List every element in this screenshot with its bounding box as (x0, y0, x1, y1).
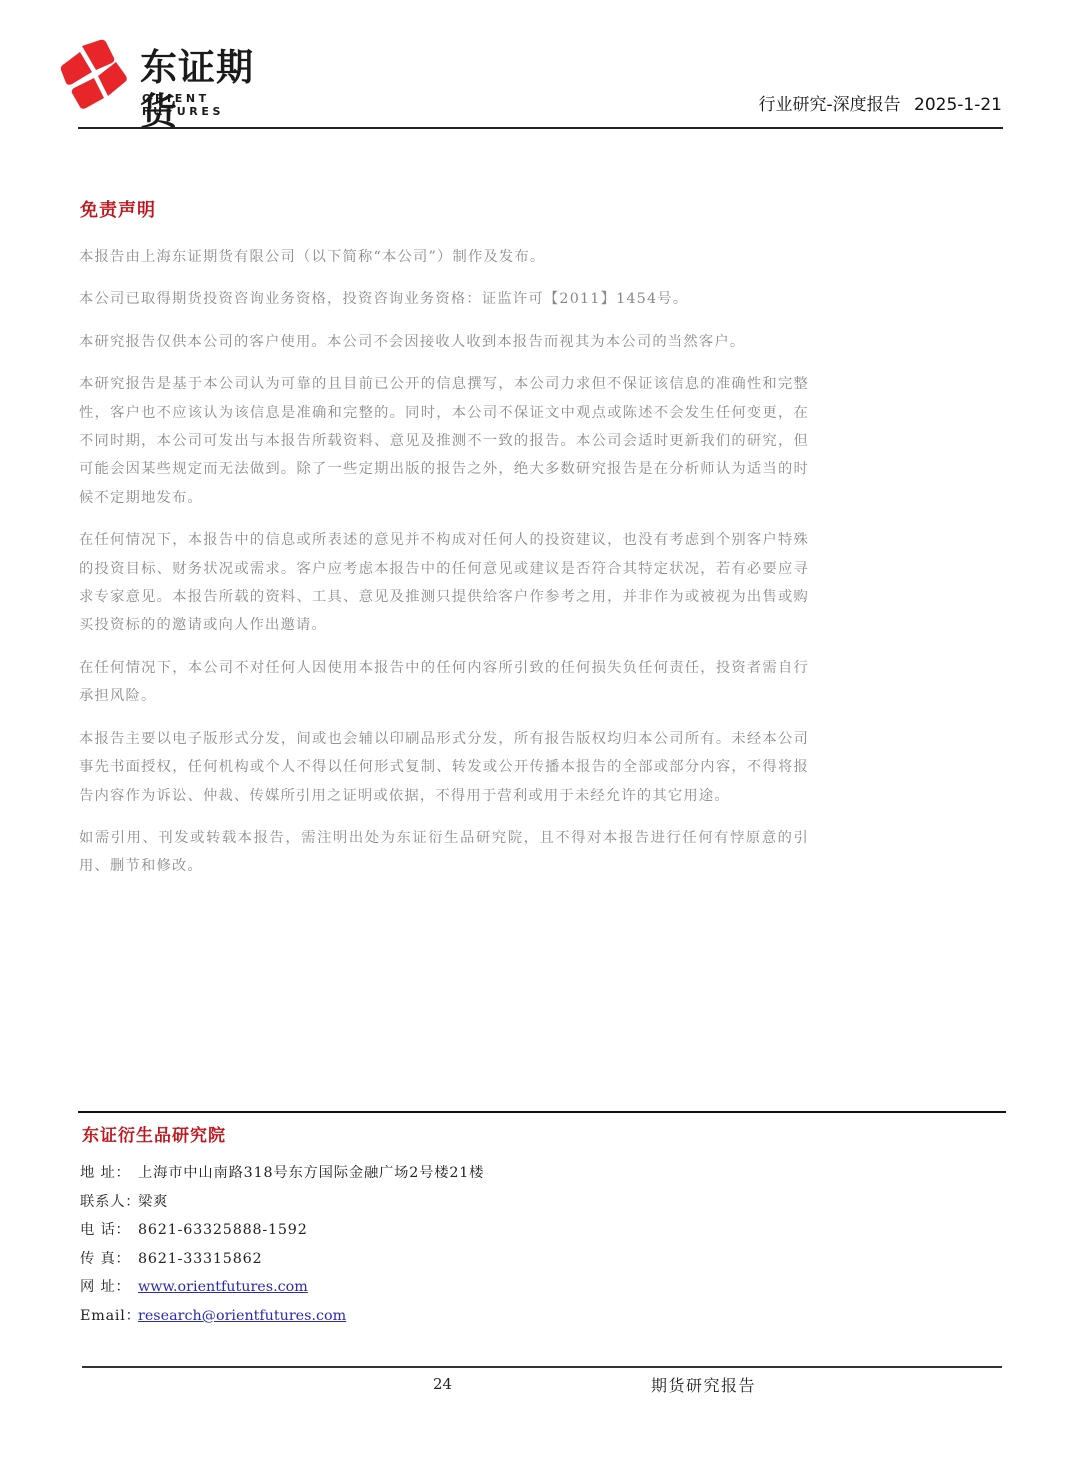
report-meta: 行业研究-深度报告 2025-1-21 (758, 90, 1002, 115)
disclaimer-body: 本报告由上海东证期货有限公司（以下简称“本公司”）制作及发布。 本公司已取得期货… (79, 243, 809, 895)
brand-name-cn: 东证期货 (140, 46, 290, 134)
footer-label: 期货研究报告 (651, 1373, 756, 1396)
disclaimer-paragraph: 本研究报告是基于本公司认为可靠的且目前已公开的信息撰写，本公司力求但不保证该信息… (79, 370, 809, 512)
brand-name-en: ORIENT FUTURES (142, 92, 290, 118)
disclaimer-title: 免责声明 (80, 196, 156, 222)
disclaimer-paragraph: 在任何情况下，本公司不对任何人因使用本报告中的任何内容所引致的任何损失负任何责任… (79, 654, 809, 711)
disclaimer-paragraph: 本公司已取得期货投资咨询业务资格，投资咨询业务资格：证监许可【2011】1454… (79, 285, 809, 313)
phone-value: 8621-63325888-1592 (138, 1216, 308, 1245)
address-value: 上海市中山南路318号东方国际金融广场2号楼21楼 (138, 1159, 484, 1188)
disclaimer-paragraph: 如需引用、刊发或转载本报告，需注明出处为东证衍生品研究院，且不得对本报告进行任何… (79, 824, 809, 881)
contact-website: 网 址：www.orientfutures.com (80, 1273, 484, 1302)
website-label: 网 址： (80, 1273, 138, 1302)
address-label: 地 址： (80, 1159, 138, 1188)
contact-info: 地 址：上海市中山南路318号东方国际金融广场2号楼21楼 联系人：梁爽 电 话… (80, 1159, 484, 1330)
disclaimer-paragraph: 在任何情况下，本报告中的信息或所表述的意见并不构成对任何人的投资建议，也没有考虑… (79, 526, 809, 640)
orient-futures-logo-icon (60, 38, 128, 110)
institute-title: 东证衍生品研究院 (82, 1121, 226, 1146)
email-label: Email： (80, 1302, 138, 1331)
contact-fax: 传 真：8621-33315862 (80, 1245, 484, 1274)
contact-email: Email：research@orientfutures.com (80, 1302, 484, 1331)
header-divider (78, 127, 1003, 129)
page-number: 24 (433, 1375, 452, 1393)
contact-phone: 电 话：8621-63325888-1592 (80, 1216, 484, 1245)
contact-divider (78, 1111, 1006, 1113)
contact-address: 地 址：上海市中山南路318号东方国际金融广场2号楼21楼 (80, 1159, 484, 1188)
contact-person-value: 梁爽 (138, 1188, 168, 1217)
disclaimer-paragraph: 本报告由上海东证期货有限公司（以下简称“本公司”）制作及发布。 (79, 243, 809, 271)
disclaimer-paragraph: 本报告主要以电子版形式分发，间或也会辅以印刷品形式分发，所有报告版权均归本公司所… (79, 725, 809, 810)
contact-person-label: 联系人： (80, 1188, 138, 1217)
company-logo: 东证期货 ORIENT FUTURES (60, 38, 290, 108)
report-date: 2025-1-21 (914, 95, 1002, 115)
footer-divider (82, 1366, 1002, 1368)
report-type: 行业研究-深度报告 (758, 95, 900, 115)
contact-person: 联系人：梁爽 (80, 1188, 484, 1217)
fax-value: 8621-33315862 (138, 1245, 262, 1274)
email-link[interactable]: research@orientfutures.com (138, 1302, 346, 1331)
fax-label: 传 真： (80, 1245, 138, 1274)
website-link[interactable]: www.orientfutures.com (138, 1273, 308, 1302)
phone-label: 电 话： (80, 1216, 138, 1245)
disclaimer-paragraph: 本研究报告仅供本公司的客户使用。本公司不会因接收人收到本报告而视其为本公司的当然… (79, 328, 809, 356)
